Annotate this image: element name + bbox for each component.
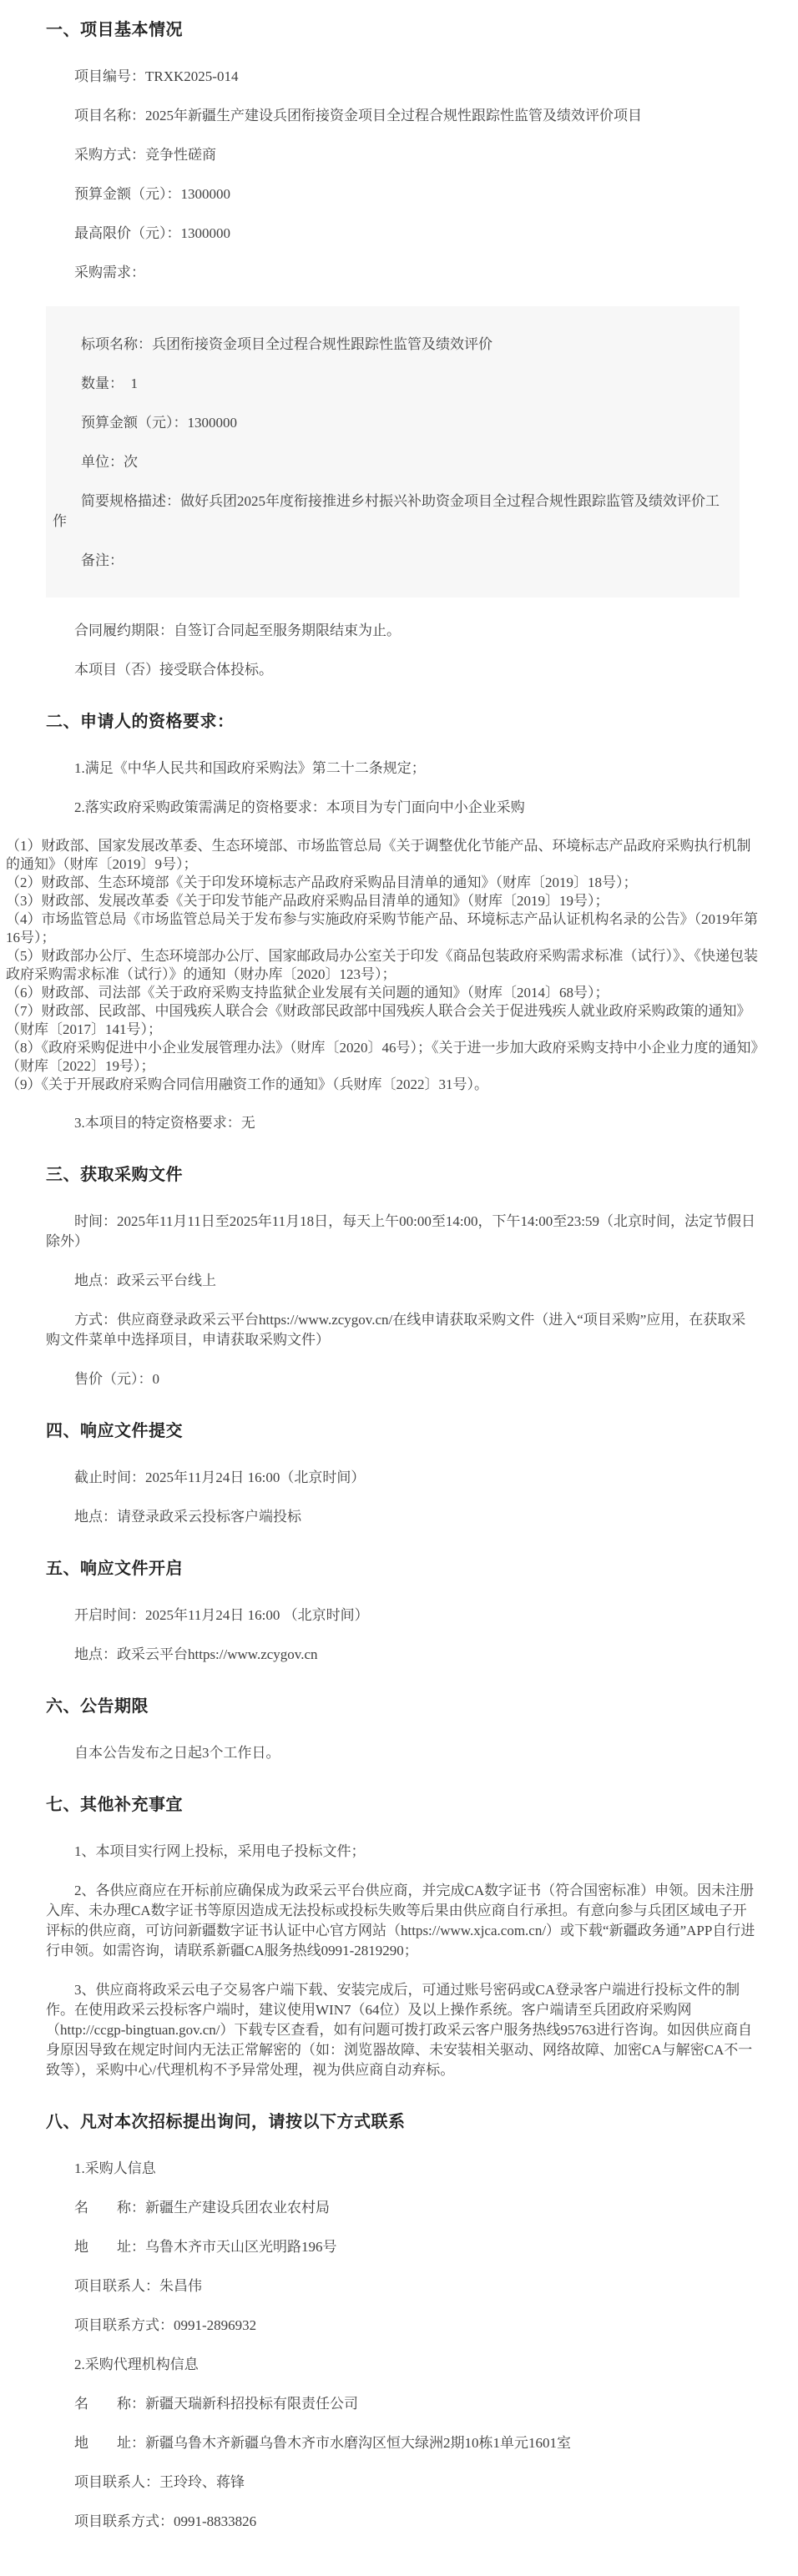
bid-item-box: 标项名称：兵团衔接资金项目全过程合规性跟踪性监管及绩效评价 数量： 1 预算金额…	[46, 306, 740, 597]
bid-item-quantity: 数量： 1	[53, 374, 726, 394]
purchaser-info-title: 1.采购人信息	[46, 2159, 756, 2179]
regulation-item: （2）财政部、生态环境部《关于印发环境标志产品政府采购品目清单的通知》（财库〔2…	[6, 874, 760, 892]
bid-item-remarks: 备注：	[53, 551, 726, 571]
supplementary-note-2: 2、各供应商应在开标前应确保成为政采云平台供应商，并完成CA数字证书（符合国密标…	[46, 1881, 756, 1961]
purchaser-address: 地 址：乌鲁木齐市天山区光明路196号	[46, 2237, 756, 2257]
section-2-heading: 二、申请人的资格要求：	[46, 710, 756, 733]
purchaser-name: 名 称：新疆生产建设兵团农业农村局	[46, 2198, 756, 2218]
regulation-item: （6）财政部、司法部《关于政府采购支持监狱企业发展有关问题的通知》（财库〔201…	[6, 984, 760, 1002]
procurement-announcement-document: 一、项目基本情况 项目编号：TRXK2025-014 项目名称：2025年新疆生…	[0, 0, 798, 2576]
supplementary-note-3: 3、供应商将政采云电子交易客户端下载、安装完成后，可通过账号密码或CA登录客户端…	[46, 1980, 756, 2080]
document-price: 售价（元）：0	[46, 1369, 756, 1389]
document-obtain-method: 方式：供应商登录政采云平台https://www.zcygov.cn/在线申请获…	[46, 1310, 756, 1350]
section-3-heading: 三、获取采购文件	[46, 1163, 756, 1187]
submission-location: 地点：请登录政采云投标客户端投标	[46, 1507, 756, 1527]
project-number: 项目编号：TRXK2025-014	[46, 67, 756, 87]
consortium-bidding-statement: 本项目（否）接受联合体投标。	[46, 660, 756, 680]
agency-contact-method: 项目联系方式：0991-8833826	[46, 2512, 756, 2532]
project-name: 项目名称：2025年新疆生产建设兵团衔接资金项目全过程合规性跟踪性监管及绩效评价…	[46, 106, 756, 126]
section-8-heading: 八、凡对本次招标提出询问，请按以下方式联系	[46, 2110, 756, 2134]
regulation-item: （9）《关于开展政府采购合同信用融资工作的通知》（兵财库〔2022〕31号）。	[6, 1076, 760, 1094]
bid-item-unit: 单位：次	[53, 452, 726, 472]
section-5-heading: 五、响应文件开启	[46, 1557, 756, 1580]
opening-time: 开启时间：2025年11月24日 16:00 （北京时间）	[46, 1606, 756, 1626]
supplementary-note-1: 1、本项目实行网上投标，采用电子投标文件；	[46, 1842, 756, 1862]
purchaser-contact-person: 项目联系人：朱昌伟	[46, 2276, 756, 2296]
qualification-requirement-1: 1.满足《中华人民共和国政府采购法》第二十二条规定；	[46, 759, 756, 779]
policy-regulation-list: （1）财政部、国家发展改革委、生态环境部、市场监管总局《关于调整优化节能产品、环…	[6, 837, 760, 1094]
agency-address: 地 址：新疆乌鲁木齐新疆乌鲁木齐市水磨沟区恒大绿洲2期10栋1单元1601室	[46, 2433, 756, 2453]
procurement-method: 采购方式：竞争性磋商	[46, 145, 756, 165]
regulation-item: （1）财政部、国家发展改革委、生态环境部、市场监管总局《关于调整优化节能产品、环…	[6, 837, 760, 874]
bid-item-name: 标项名称：兵团衔接资金项目全过程合规性跟踪性监管及绩效评价	[53, 335, 726, 355]
announcement-period: 自本公告发布之日起3个工作日。	[46, 1743, 756, 1763]
max-price-limit: 最高限价（元）：1300000	[46, 224, 756, 244]
regulation-item: （3）财政部、发展改革委《关于印发节能产品政府采购品目清单的通知》（财库〔201…	[6, 892, 760, 910]
purchaser-contact-method: 项目联系方式：0991-2896932	[46, 2316, 756, 2336]
section-7-heading: 七、其他补充事宜	[46, 1793, 756, 1817]
regulation-item: （5）财政部办公厅、生态环境部办公厅、国家邮政局办公室关于印发《商品包装政府采购…	[6, 947, 760, 984]
procurement-demand-label: 采购需求：	[46, 263, 756, 283]
budget-amount: 预算金额（元）：1300000	[46, 184, 756, 204]
contract-performance-period: 合同履约期限：自签订合同起至服务期限结束为止。	[46, 621, 756, 641]
regulation-item: （4）市场监管总局《市场监管总局关于发布参与实施政府采购节能产品、环境标志产品认…	[6, 910, 760, 947]
document-obtain-time: 时间：2025年11月11日至2025年11月18日，每天上午00:00至14:…	[46, 1212, 756, 1252]
agency-contact-person: 项目联系人：王玲玲、蒋锋	[46, 2473, 756, 2493]
document-obtain-location: 地点：政采云平台线上	[46, 1271, 756, 1291]
regulation-item: （7）财政部、民政部、中国残疾人联合会《财政部民政部中国残疾人联合会关于促进残疾…	[6, 1002, 760, 1039]
opening-location: 地点：政采云平台https://www.zcygov.cn	[46, 1645, 756, 1665]
bid-item-spec-description: 简要规格描述：做好兵团2025年度衔接推进乡村振兴补助资金项目全过程合规性跟踪监…	[53, 492, 726, 532]
submission-deadline: 截止时间：2025年11月24日 16:00（北京时间）	[46, 1468, 756, 1488]
section-1-heading: 一、项目基本情况	[46, 18, 756, 42]
regulation-item: （8）《政府采购促进中小企业发展管理办法》（财库〔2020〕46号）；《关于进一…	[6, 1039, 760, 1076]
section-4-heading: 四、响应文件提交	[46, 1419, 756, 1443]
specific-qualification-requirement: 3.本项目的特定资格要求：无	[46, 1113, 756, 1133]
qualification-requirement-2: 2.落实政府采购政策需满足的资格要求：本项目为专门面向中小企业采购	[46, 798, 756, 818]
section-6-heading: 六、公告期限	[46, 1695, 756, 1718]
agency-info-title: 2.采购代理机构信息	[46, 2355, 756, 2375]
bid-item-budget: 预算金额（元）：1300000	[53, 413, 726, 433]
agency-name: 名 称：新疆天瑞新科招投标有限责任公司	[46, 2394, 756, 2414]
